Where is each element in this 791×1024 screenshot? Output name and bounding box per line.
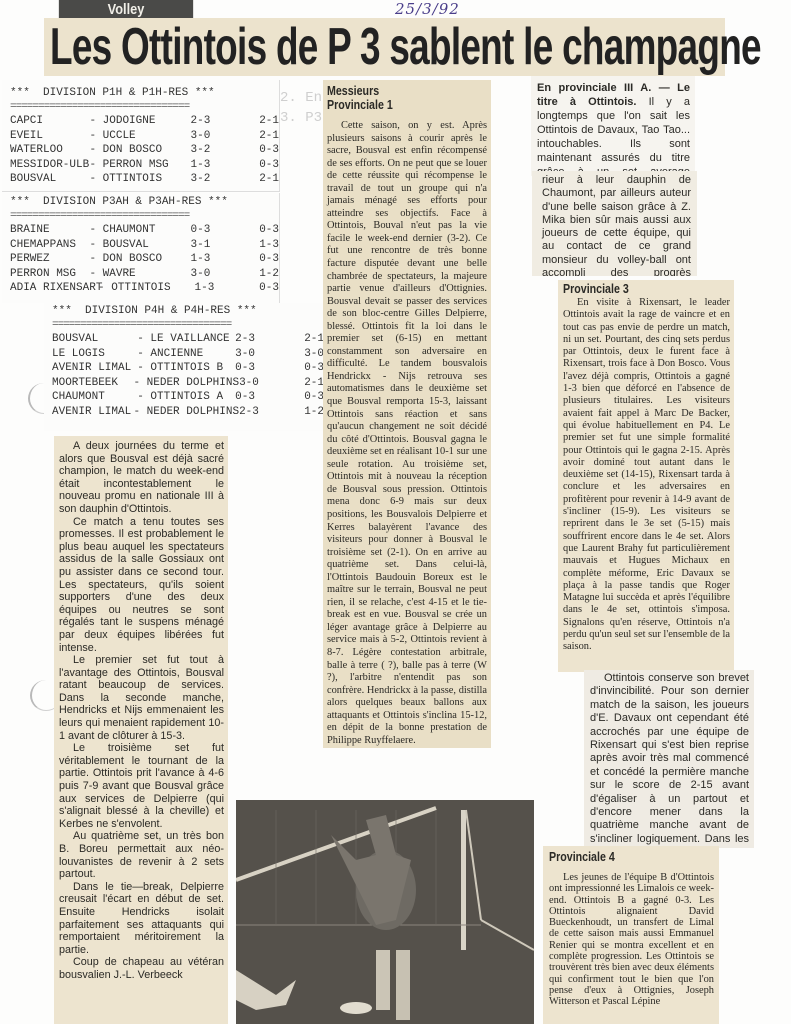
article-left-clipping: A deux journées du terme et alors que Bo… <box>54 436 228 1024</box>
headline: Les Ottintois de P 3 sablent le champagn… <box>50 17 761 77</box>
table-title: *** DIVISION P4H & P4H-RES *** <box>52 304 324 318</box>
section-title: Provinciale 1 <box>327 98 458 112</box>
article-provinciale-3-clipping: Provinciale 3 En visite à Rixensart, le … <box>558 280 734 672</box>
table-row: PERWEZ- DON BOSCO1-30-3 <box>10 252 279 267</box>
table-row: MESSIDOR-ULB- PERRON MSG1-30-3 <box>10 158 279 173</box>
section-title: Provinciale 3 <box>563 282 700 296</box>
table-row: BRAINE- CHAUMONT0-30-3 <box>10 223 279 238</box>
paragraph: Il y a longtemps que l'on sait les Ottin… <box>537 96 690 176</box>
paragraph: Le premier set fut tout à l'avantage des… <box>59 654 224 742</box>
article-invincibility-clipping: Ottintois conserve son brevet d'invincib… <box>584 670 754 848</box>
paragraph: Dans le tie—break, Delpierre creusait l'… <box>59 881 224 957</box>
table-row: EVEIL- UCCLE3-02-1 <box>10 129 279 144</box>
table-row: MOORTEBEEK- NEDER DOLPHINS3-02-1 <box>52 376 324 391</box>
paragraph: Cette saison, on y est. Après plusieurs … <box>327 120 487 747</box>
table-title: *** DIVISION P1H & P1H-RES *** <box>10 86 279 100</box>
table-row: AVENIR LIMAL- OTTINTOIS B0-30-3 <box>52 361 324 376</box>
paragraph: Le troisième set fut véritablement le to… <box>59 742 224 830</box>
table-row: CHEMAPPANS- BOUSVAL3-11-3 <box>10 238 279 253</box>
paragraph: A deux journées du terme et alors que Bo… <box>59 440 224 516</box>
handwritten-date: 25/3/92 <box>395 0 460 18</box>
paragraph: Ce match a tenu toutes ses promesses. Il… <box>59 516 224 655</box>
table-row: WATERLOO- DON BOSCO3-20-3 <box>10 143 279 158</box>
volleyball-net-icon <box>236 800 534 1024</box>
table-row: CAPCI- JODOIGNE2-32-1 <box>10 114 279 129</box>
table-row: BOUSVAL- OTTINTOIS3-22-1 <box>10 172 279 187</box>
paragraph: Ottintois conserve son brevet d'invincib… <box>590 672 749 848</box>
results-table-p1h: *** DIVISION P1H & P1H-RES *** =========… <box>2 80 280 192</box>
results-table-p3ah: *** DIVISION P3AH & P3AH-RES *** =======… <box>2 193 280 303</box>
table-row: BOUSVAL- LE VAILLANCE2-32-1 <box>52 332 324 347</box>
paragraph: En visite à Rixensart, le leader Ottinto… <box>563 297 730 654</box>
article-provinciale-4-clipping: Provinciale 4 Les jeunes de l'équipe B d… <box>543 846 719 1024</box>
article-provinciale-1-clipping: Messieurs Provinciale 1 Cette saison, on… <box>323 80 491 748</box>
volleyball-photo <box>236 800 534 1024</box>
paragraph: Coup de chapeau au vétéran bousvalien J.… <box>59 956 224 981</box>
table-row: ADIA RIXENSART- OTTINTOIS1-30-3 <box>10 281 279 296</box>
table-row: LE LOGIS- ANCIENNE3-03-0 <box>52 347 324 362</box>
table-rule: ================================ <box>10 100 279 114</box>
section-title: Messieurs <box>327 84 458 98</box>
paragraph: Au quatrième set, un très bon B. Boreu p… <box>59 830 224 880</box>
section-title: Provinciale 4 <box>549 850 684 864</box>
table-title: *** DIVISION P3AH & P3AH-RES *** <box>10 195 279 209</box>
table-rule: ================================ <box>52 318 324 332</box>
table-row: CHAUMONT- OTTINTOIS A0-30-3 <box>52 390 324 405</box>
paragraph: Les jeunes de l'équipe B d'Ottintois ont… <box>549 872 714 1008</box>
table-rule: ================================ <box>10 209 279 223</box>
article-p3a-continuation-clipping: rieur à leur dauphin de Chaumont, par ai… <box>532 171 697 276</box>
table-row: AVENIR LIMAL- NEDER DOLPHINS2-31-2 <box>52 405 324 420</box>
results-table-p4h: *** DIVISION P4H & P4H-RES *** =========… <box>44 303 324 431</box>
paragraph: rieur à leur dauphin de Chaumont, par ai… <box>542 174 691 276</box>
article-p3a-title-clipping: En provinciale III A. — Le titre à Ottin… <box>531 76 695 176</box>
table-row: PERRON MSG- WAVRE3-01-2 <box>10 267 279 282</box>
